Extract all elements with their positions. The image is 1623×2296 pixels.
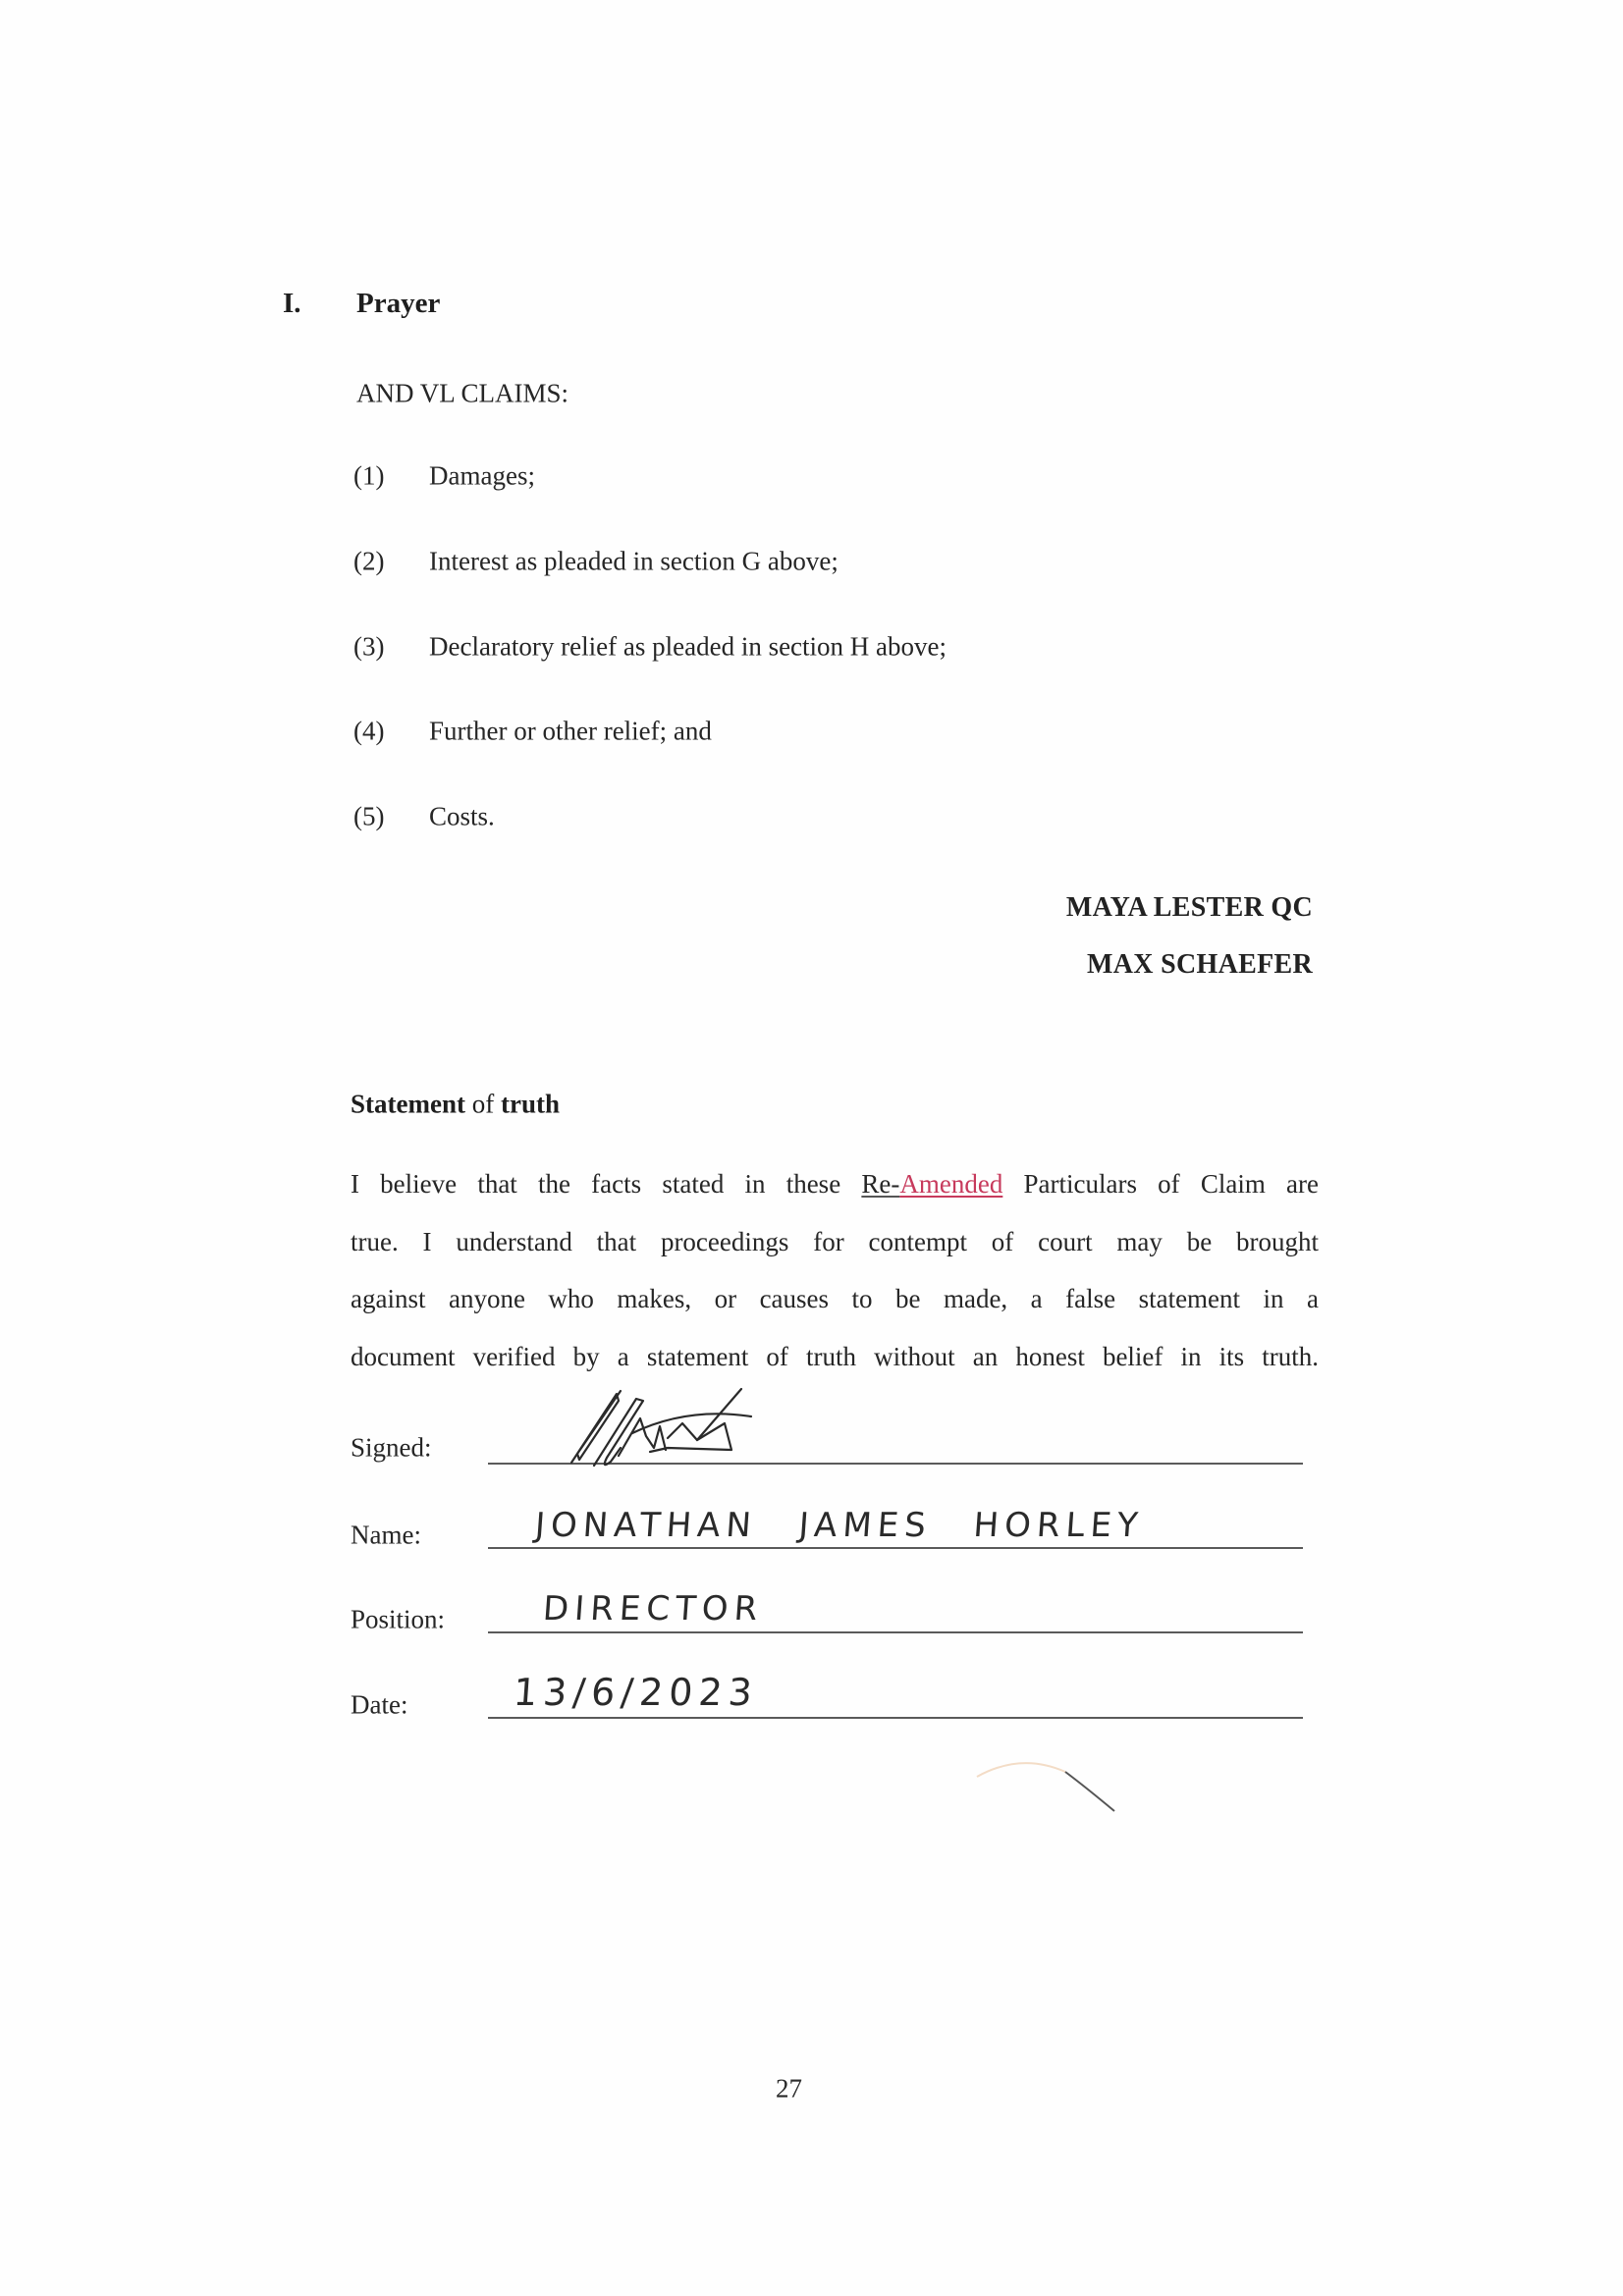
paragraph-line: document verified by a statement of trut…	[351, 1328, 1319, 1386]
position-value: DIRECTOR	[542, 1592, 765, 1626]
statement-of-truth-paragraph: I believe that the facts stated in these…	[351, 1155, 1319, 1385]
scan-mark	[972, 1747, 1139, 1826]
paragraph-line: against anyone who makes, or causes to b…	[351, 1270, 1319, 1328]
list-item: Damages;	[429, 463, 535, 490]
document-page: I. Prayer AND VL CLAIMS: (1) Damages; (2…	[0, 0, 1623, 2296]
item-number: (1)	[353, 463, 384, 490]
list-item: Costs.	[429, 804, 495, 830]
list-item: Further or other relief; and	[429, 719, 712, 745]
date-line	[488, 1717, 1303, 1719]
name-label: Name:	[351, 1522, 421, 1549]
amendment-insertion: Amended	[899, 1169, 1002, 1199]
text-run: I believe that the facts stated in these	[351, 1169, 861, 1199]
position-label: Position:	[351, 1607, 445, 1633]
counsel-name: MAX SCHAEFER	[1087, 951, 1313, 979]
paragraph-line: true. I understand that proceedings for …	[351, 1213, 1319, 1271]
amendment-underline-re: Re-	[861, 1169, 899, 1199]
position-line	[488, 1631, 1303, 1633]
counsel-name: MAYA LESTER QC	[1066, 894, 1313, 922]
item-number: (2)	[353, 549, 384, 575]
heading-text: of	[472, 1090, 495, 1119]
item-number: (4)	[353, 719, 384, 745]
item-number: (3)	[353, 634, 384, 661]
signature-image	[550, 1379, 766, 1477]
date-value: 13/6/2023	[513, 1674, 760, 1711]
section-number: I.	[283, 290, 301, 318]
paragraph-line: I believe that the facts stated in these…	[351, 1155, 1319, 1213]
item-number: (5)	[353, 804, 384, 830]
page-number: 27	[776, 2076, 802, 2103]
statement-of-truth-heading: Statement of truth	[351, 1092, 560, 1118]
signed-label: Signed:	[351, 1435, 432, 1462]
heading-text: Statement	[351, 1090, 472, 1119]
heading-text: truth	[494, 1090, 560, 1119]
date-label: Date:	[351, 1692, 407, 1719]
name-line	[488, 1547, 1303, 1549]
list-item: Interest as pleaded in section G above;	[429, 549, 839, 575]
name-value: JONATHAN JAMES HORLEY	[534, 1509, 1145, 1542]
list-item: Declaratory relief as pleaded in section…	[429, 634, 947, 661]
claims-intro: AND VL CLAIMS:	[356, 381, 568, 407]
section-title: Prayer	[356, 290, 440, 318]
text-run: Particulars of Claim are	[1002, 1169, 1319, 1199]
